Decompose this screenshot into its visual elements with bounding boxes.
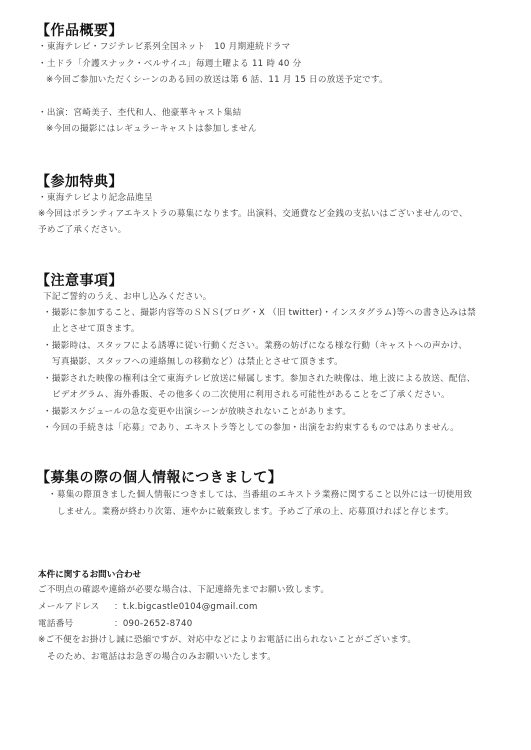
contact-note-line-1: ※ご不便をお掛けし誠に恐縮ですが、対応中などによりお電話に出られないことがござい… bbox=[38, 634, 416, 646]
section-heading-overview: 【作品概要】 bbox=[36, 20, 123, 40]
contact-phone-row: 電話番号：090-2652-8740 bbox=[38, 618, 192, 630]
section-heading-notes: 【注意事項】 bbox=[36, 270, 123, 290]
notes-line-schedule: ・撮影スケジュールの急な変更や出演シーンが放映されないことがあります。 bbox=[43, 406, 351, 418]
document-page: 【作品概要】 ・東海テレビ・フジテレビ系列全国ネット 10 月期連続ドラマ ・土… bbox=[0, 0, 531, 750]
contact-note-line-2: そのため、お電話はお急ぎの場合のみお願いいたします。 bbox=[47, 651, 276, 663]
overview-line-network: ・東海テレビ・フジテレビ系列全国ネット 10 月期連続ドラマ bbox=[38, 41, 291, 53]
benefits-line-gift: ・東海テレビより記念品進呈 bbox=[38, 192, 153, 204]
benefits-line-acknowledge: 予めご了承ください。 bbox=[38, 224, 126, 236]
notes-line-staff-cont: 写真撮影、スタッフへの連絡無しの移動など）は禁止とさせて頂きます。 bbox=[52, 356, 343, 368]
overview-line-broadcast: ・土ドラ「介護スナック・ベルサイユ」毎週土曜よる 11 時 40 分 bbox=[38, 58, 301, 70]
benefits-line-volunteer-note: ※今回はボランティアエキストラの募集になります。出演料、交通費など金銭の支払いは… bbox=[38, 208, 468, 220]
section-heading-privacy: 【募集の際の個人情報につきまして】 bbox=[36, 467, 282, 487]
notes-line-rights-cont: ビデオグラム、海外番販、その他多くの二次使用に利用される可能性があることをご了承… bbox=[52, 389, 450, 401]
contact-email-value[interactable]: ：t.k.bigcastle0104@gmail.com bbox=[114, 602, 258, 612]
contact-phone-value[interactable]: ：090-2652-8740 bbox=[114, 619, 192, 629]
contact-heading: 本件に関するお問い合わせ bbox=[38, 568, 141, 580]
notes-line-staff: ・撮影時は、スタッフによる誘導に従い行動ください。業務の妨げになる様な行動（キャ… bbox=[43, 340, 467, 352]
overview-line-cast-note: ※今回の撮影にはレギュラーキャストは参加しません bbox=[46, 123, 257, 135]
privacy-line-usage: ・募集の際頂きました個人情報につきましては、当番組のエキストラ業務に関すること以… bbox=[48, 489, 472, 501]
notes-line-sns-cont: 止とさせて頂きます。 bbox=[52, 323, 140, 335]
notes-line-rights: ・撮影された映像の権利は全て東海テレビ放送に帰属します。参加された映像は、地上波… bbox=[43, 373, 476, 385]
contact-phone-label: 電話番号 bbox=[38, 618, 114, 630]
notes-intro: 下記ご誓約のうえ、お申し込みください。 bbox=[43, 291, 212, 303]
overview-line-cast: ・出演：宮崎美子、杢代和人、他豪華キャスト集結 bbox=[38, 107, 241, 119]
notes-line-sns: ・撮影に参加すること、撮影内容等のＳＮＳ(ブログ・X （旧 twitter)・イ… bbox=[43, 307, 476, 319]
overview-line-episode-note: ※今回ご参加いただくシーンのある回の放送は第 6 話、11 月 15 日の放送予… bbox=[46, 74, 388, 86]
notes-line-application: ・今回の手続きは「応募」であり、エキストラ等としての参加・出演をお約束するもので… bbox=[43, 422, 459, 434]
contact-email-row: メールアドレス：t.k.bigcastle0104@gmail.com bbox=[38, 601, 258, 613]
section-heading-benefits: 【参加特典】 bbox=[36, 171, 123, 191]
privacy-line-disposal: しません。業務が終わり次第、速やかに破棄致します。予めご了承の上、応募頂ければと… bbox=[57, 506, 454, 518]
contact-email-label: メールアドレス bbox=[38, 601, 114, 613]
contact-intro: ご不明点の確認や連絡が必要な場合は、下記連絡先までお願い致します。 bbox=[38, 584, 329, 596]
